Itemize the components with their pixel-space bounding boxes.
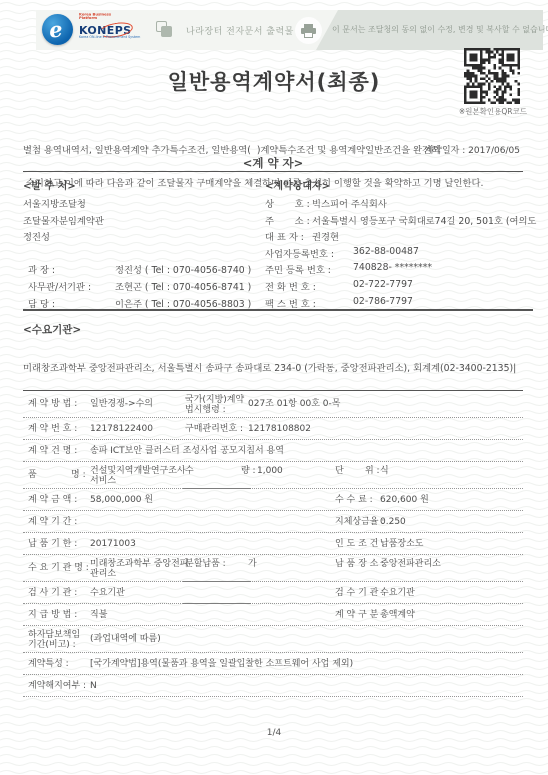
contact-role: 과 장 : <box>28 262 55 276</box>
contact-role: 담 당 : <box>28 296 55 310</box>
field-label: 수 요 기 관 명 : <box>28 563 89 573</box>
field-label: 계 약 금 액 : <box>28 495 77 505</box>
field-label: 계 약 번 호 : <box>28 424 77 434</box>
field-label: 전 화 번 호 : <box>265 279 316 293</box>
field-label: 품 명 : <box>28 470 86 480</box>
field-label: 량 : <box>241 466 256 476</box>
field-value: 수요기관 <box>90 588 125 598</box>
table-row: 하자담보책임 기간(비고) : (과업내역에 따름) <box>23 626 523 653</box>
orderer-org: 서울지방조달청 <box>23 196 86 210</box>
party-row: 사무관/서기관 : 조현곤 ( Tel : 070-4056-8741 ) 전 … <box>23 277 533 294</box>
koneps-brand: KONEPS <box>79 25 149 36</box>
print-notice-label: 나라장터 전자문서 출력물 <box>186 24 294 37</box>
signer-heading: <계 약 자> <box>23 155 523 171</box>
field-label: 주 소 : <box>265 213 310 227</box>
field-value: 수요기관 <box>380 588 415 598</box>
orderer-officer: 정진성 <box>23 229 50 243</box>
field-label: 대 표 자 : <box>265 229 304 243</box>
contact-person: 이은주 ( Tel : 070-4056-8803 ) <box>115 296 251 310</box>
demand-org-text: 미래창조과학부 중앙전파관리소, 서울특별시 송파구 송파대로 234-0 (가… <box>23 360 533 374</box>
table-row: 계약해지여부 : N <box>23 675 523 697</box>
field-value: 가 <box>248 559 257 569</box>
field-value: 12178122400 <box>90 424 153 434</box>
field-label: 단 <box>335 466 344 476</box>
security-banner: e Korea Business Platform KONEPS Korea O… <box>36 10 543 50</box>
party-row: 정진성 대 표 자 : 권경현 <box>23 227 533 244</box>
field-label: 검 사 기 관 : <box>28 588 77 598</box>
copy-prohibited-notice: 이 문서는 조달청의 동의 없이 수정, 변경 및 복사할 수 없습니다. <box>332 24 548 35</box>
field-value: 740828- ******** <box>353 262 432 273</box>
contact-person: 조현곤 ( Tel : 070-4056-8741 ) <box>115 279 251 293</box>
field-label: 계 약 방 법 : <box>28 399 77 409</box>
field-label: 인 도 조 건 : <box>335 539 384 549</box>
field-value: 20171003 <box>90 539 136 549</box>
field-value: 02-786-7797 <box>353 296 413 307</box>
field-value: 58,000,000 원 <box>90 495 153 505</box>
qr-code <box>464 48 520 104</box>
field-label: 검 수 기 관 : <box>335 588 384 598</box>
page-number: 1/4 <box>0 728 548 738</box>
party-row: 담 당 : 이은주 ( Tel : 070-4056-8803 ) 팩 스 번 … <box>23 294 533 311</box>
contact-person: 정진성 ( Tel : 070-4056-8740 ) <box>115 262 251 276</box>
field-label: 계 약 건 명 : <box>28 446 77 456</box>
field-label: 구매관리번호 : <box>185 424 243 434</box>
field-label: 위 : <box>365 466 380 476</box>
field-label: 수 수 료 : <box>335 495 373 505</box>
field-value: 권경현 <box>312 229 339 243</box>
field-label: 국가(지방)계약 법시행령 : <box>185 395 244 415</box>
field-label: 계약특성 : <box>28 659 69 669</box>
field-label: 팩 스 번 호 : <box>265 296 316 310</box>
field-label: 납 품 기 한 : <box>28 539 77 549</box>
field-value: 12178108802 <box>248 424 311 434</box>
field-value: 362-88-00487 <box>353 246 419 257</box>
field-label: 계약해지여부 : <box>28 681 86 691</box>
field-label: 지 급 방 법 : <box>28 610 77 620</box>
field-value: 02-722-7797 <box>353 279 413 290</box>
field-label: 계 약 기 간 : <box>28 517 77 527</box>
field-value: 027조 01항 00호 0-목 <box>248 399 340 409</box>
table-row: 검 사 기 관 : 수요기관 검 수 기 관 : 수요기관 <box>23 582 523 604</box>
field-value: 620,600 원 <box>380 495 429 505</box>
copy-front-sheet <box>161 26 172 37</box>
table-row: 계 약 금 액 : 58,000,000 원 수 수 료 : 620,600 원 <box>23 489 523 511</box>
party-row: 서울지방조달청 상 호 : 빅스피어 주식회사 <box>23 194 533 211</box>
field-label: 분할납품 : <box>185 559 226 569</box>
party-row: 사업자등록번호 : 362-88-00487 <box>23 244 533 261</box>
field-value: 식 <box>380 466 389 476</box>
counterpart-heading: <계약상대자> <box>265 177 330 192</box>
koneps-subtitle: Korea ON-line E-Procurement System <box>79 36 141 39</box>
field-label: 하자담보책임 기간(비고) : <box>28 630 80 650</box>
field-value: 송파 ICT보안 클러스터 조성사업 공모지침서 용역 <box>90 446 284 456</box>
field-value: 미래창조과학부 중앙전파 관리소 <box>90 559 189 579</box>
field-value: 중앙전파관리소 <box>380 559 441 569</box>
field-label: 사업자등록번호 : <box>265 246 334 260</box>
field-label: 수 <box>185 466 194 476</box>
contact-role: 사무관/서기관 : <box>28 279 91 293</box>
field-label: 계 약 구 분 : <box>335 610 384 620</box>
parties-section: 서울지방조달청 상 호 : 빅스피어 주식회사 조달물자분임계약관 주 소 : … <box>23 194 533 311</box>
table-row: 계 약 방 법 : 일반경쟁->수의 국가(지방)계약 법시행령 : 027조 … <box>23 391 523 418</box>
koneps-tagline: Korea Business Platform <box>79 13 122 20</box>
table-row: 계 약 기 간 : 지체상금율 : 0.250 <box>23 511 523 533</box>
field-value: 서울특별시 영등포구 국회대로74길 20, 501호 (여의도 <box>312 213 536 227</box>
field-label: 상 호 : <box>265 196 310 210</box>
field-value: [국가계약법]용역(물품과 용역을 일괄입찰한 소프트웨어 사업 제외) <box>90 659 353 669</box>
field-value: 일반경쟁->수의 <box>90 399 153 409</box>
field-value: 납품장소도 <box>380 539 423 549</box>
contract-terms-table: 계 약 방 법 : 일반경쟁->수의 국가(지방)계약 법시행령 : 027조 … <box>23 390 523 697</box>
qr-caption: ※원본확인용QR코드 <box>410 106 527 117</box>
orderer-dept: 조달물자분임계약관 <box>23 213 104 227</box>
party-row: 조달물자분임계약관 주 소 : 서울특별시 영등포구 국회대로74길 20, 5… <box>23 211 533 228</box>
table-row: 품 명 : 건설및지역개발연구조사 서비스 수 량 : 1,000 단 위 : … <box>23 462 523 489</box>
field-value: 1,000 <box>257 466 283 476</box>
table-row: 수 요 기 관 명 : 미래창조과학부 중앙전파 관리소 분할납품 : 가 납 … <box>23 555 523 582</box>
koneps-e-glyph: e <box>48 16 64 42</box>
table-row: 계 약 번 호 : 12178122400 구매관리번호 : 121781088… <box>23 418 523 440</box>
field-value: (과업내역에 따름) <box>90 634 161 644</box>
field-value: 건설및지역개발연구조사 서비스 <box>90 466 186 486</box>
contract-document-page: e Korea Business Platform KONEPS Korea O… <box>0 0 548 775</box>
demand-org-heading: <수요기관> <box>23 322 81 337</box>
printer-icon <box>295 17 322 44</box>
table-row: 지 급 방 법 : 직불 계 약 구 분 : 총액계약 <box>23 604 523 626</box>
field-label: 납 품 장 소 : <box>335 559 384 569</box>
field-value: 직불 <box>90 610 107 620</box>
field-value: 0.250 <box>380 517 406 527</box>
field-label: 주민 등록 번호 : <box>265 262 331 276</box>
orderer-heading: <발 주 처> <box>23 177 76 192</box>
koneps-logo-icon: e <box>42 14 73 45</box>
field-value: N <box>90 681 97 691</box>
party-row: 과 장 : 정진성 ( Tel : 070-4056-8740 ) 주민 등록 … <box>23 260 533 277</box>
table-row: 납 품 기 한 : 20171003 인 도 조 건 : 납품장소도 <box>23 533 523 555</box>
copy-pages-icon <box>156 21 174 39</box>
divider <box>23 171 523 172</box>
field-value: 총액계약 <box>380 610 415 620</box>
table-row: 계약특성 : [국가계약법]용역(물품과 용역을 일괄입찰한 소프트웨어 사업 … <box>23 653 523 675</box>
table-row: 계 약 건 명 : 송파 ICT보안 클러스터 조성사업 공모지침서 용역 <box>23 440 523 462</box>
koneps-logo: e Korea Business Platform KONEPS Korea O… <box>41 13 141 47</box>
koneps-logo-text: Korea Business Platform KONEPS Korea ON-… <box>79 13 149 42</box>
field-label: 지체상금율 : <box>335 517 384 527</box>
field-value: 빅스피어 주식회사 <box>312 196 387 210</box>
